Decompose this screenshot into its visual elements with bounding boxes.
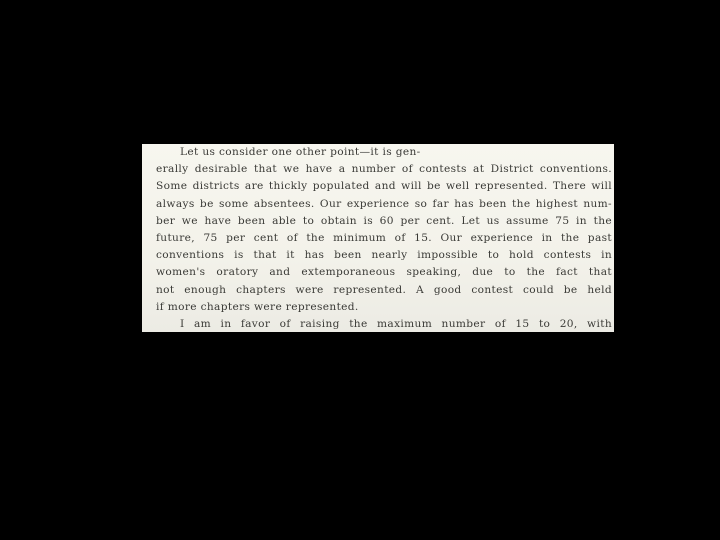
text-line: conventions is that it has been nearly i… [156,247,612,264]
text-line: not enough chapters were represented. A … [156,282,612,299]
scanned-page: Let us consider one other point—it is ge… [142,144,614,332]
text-line: women's oratory and extemporaneous speak… [156,264,612,281]
text-line: erally desirable that we have a number o… [156,161,612,178]
text-line: Some districts are thickly populated and… [156,178,612,195]
text-line: ber we have been able to obtain is 60 pe… [156,213,612,230]
text-line: future, 75 per cent of the minimum of 15… [156,230,612,247]
text-line: I am in favor of raising the maximum num… [156,316,612,332]
text-line: always be some absentees. Our experience… [156,196,612,213]
text-line: Let us consider one other point—it is ge… [156,144,612,161]
text-line: if more chapters were represented. [156,299,612,316]
document-body: Let us consider one other point—it is ge… [156,144,612,332]
